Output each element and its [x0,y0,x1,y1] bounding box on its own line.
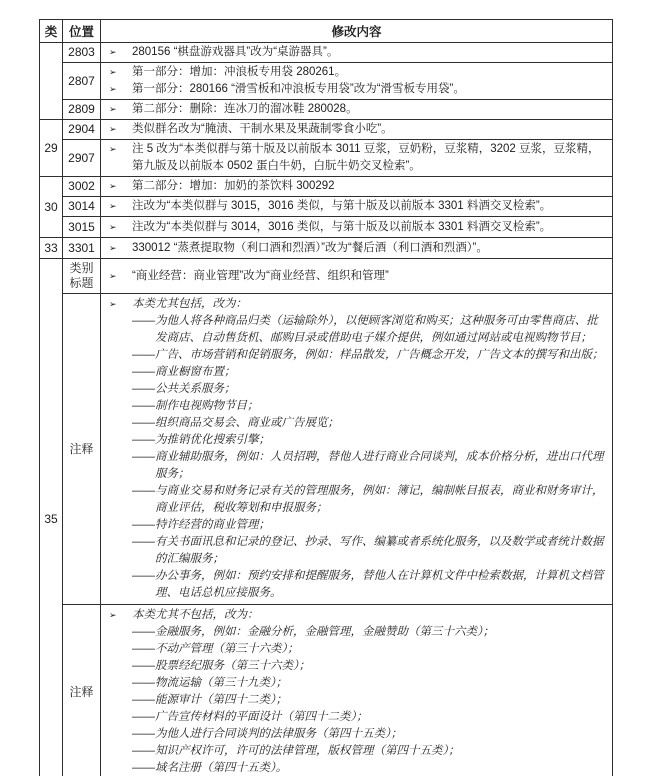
position-cell: 2907 [63,140,101,177]
table-row: 2807 ➢第一部分：增加：冲浪板专用袋 280261。➢第一部分：280166… [40,63,613,100]
position-cell: 注释 [63,294,101,605]
note-cell: ➢ 本类尤其包括，改为： ——为他人将各种商品归类（运输除外），以便顾客浏览和购… [101,294,613,605]
content-cell: ➢第二部分：删除：连冰刀的溜冰鞋 280028。 [101,100,613,120]
note-dash-line: ——商业橱窗布置； [132,364,608,381]
modification-item: ➢注改为“本类似群与 3014，3016 类似，与第十版及以前版本 3301 料… [106,219,608,236]
note-dash-line: ——不动产管理（第三十六类）； [132,641,608,658]
note-dash-line: ——能源审计（第四十二类）； [132,692,608,709]
note-dash-line: ——域名注册（第四十五类）。 [132,760,608,776]
note-dash-line: ——广告、市场营销和促销服务，例如：样品散发，广告概念开发，广告文本的撰写和出版… [132,347,608,364]
modification-text: 类似群名改为“腌渍、干制水果及果蔬制零食小吃”。 [132,121,608,138]
note-dash-line: ——制作电视购物节目； [132,398,608,415]
class-cell: 35 [40,259,63,776]
document-page: 类 位置 修改内容 2803 ➢280156 “棋盘游戏器具”改为“桌游器具”。… [0,0,650,776]
arrow-bullet-icon: ➢ [106,121,132,138]
arrow-bullet-icon: ➢ [106,178,132,195]
note-item: ➢ 本类尤其不包括，改为： ——金融服务，例如：金融分析，金融管理，金融赞助（第… [106,607,608,776]
table-row: 29 2904 ➢类似群名改为“腌渍、干制水果及果蔬制零食小吃”。 [40,120,613,140]
note-dash-line: ——知识产权许可，许可的法律管理，版权管理（第四十五类）； [132,743,608,760]
table-row: 3014 ➢注改为“本类似群与 3015，3016 类似，与第十版及以前版本 3… [40,197,613,217]
note-dash-list: ——为他人将各种商品归类（运输除外），以便顾客浏览和购买；这种服务可由零售商店、… [132,313,608,602]
note-dash-line: ——公共关系服务； [132,381,608,398]
modification-item: ➢注 5 改为“本类似群与第十版及以前版本 3011 豆浆，豆奶粉，豆浆精，32… [106,141,608,175]
modification-item: ➢280156 “棋盘游戏器具”改为“桌游器具”。 [106,44,608,61]
position-cell: 3015 [63,217,101,238]
modification-item: ➢“商业经营：商业管理”改为“商业经营、组织和管理” [106,268,608,285]
position-cell: 2803 [63,43,101,63]
note-dash-line: ——为他人将各种商品归类（运输除外），以便顾客浏览和购买；这种服务可由零售商店、… [132,313,608,347]
position-cell: 3301 [63,238,101,259]
modification-text: 330012 “蒸煮提取物（利口酒和烈酒）”改为“餐后酒（利口酒和烈酒）”。 [132,240,608,257]
position-cell: 3014 [63,197,101,217]
table-row: 2803 ➢280156 “棋盘游戏器具”改为“桌游器具”。 [40,43,613,63]
position-cell: 注释 [63,605,101,776]
modification-text: “商业经营：商业管理”改为“商业经营、组织和管理” [132,268,608,285]
column-header-content: 修改内容 [101,20,613,43]
note-dash-line: ——组织商品交易会、商业或广告展览； [132,415,608,432]
arrow-bullet-icon: ➢ [106,44,132,61]
modification-item: ➢第二部分：删除：连冰刀的溜冰鞋 280028。 [106,101,608,118]
modification-text: 280156 “棋盘游戏器具”改为“桌游器具”。 [132,44,608,61]
arrow-bullet-icon: ➢ [106,296,132,313]
arrow-bullet-icon: ➢ [106,141,132,158]
note-cell: ➢ 本类尤其不包括，改为： ——金融服务，例如：金融分析，金融管理，金融赞助（第… [101,605,613,776]
note-lead: 本类尤其包括，改为： [132,296,608,313]
modification-text: 注改为“本类似群与 3014，3016 类似，与第十版及以前版本 3301 料酒… [132,219,608,236]
column-header-class: 类 [40,20,63,43]
note-dash-line: ——金融服务，例如：金融分析，金融管理，金融赞助（第三十六类）； [132,624,608,641]
content-cell: ➢注 5 改为“本类似群与第十版及以前版本 3011 豆浆，豆奶粉，豆浆精，32… [101,140,613,177]
arrow-bullet-icon: ➢ [106,198,132,215]
content-cell: ➢第一部分：增加：冲浪板专用袋 280261。➢第一部分：280166 “滑雪板… [101,63,613,100]
header-row: 类 位置 修改内容 [40,20,613,43]
revision-table: 类 位置 修改内容 2803 ➢280156 “棋盘游戏器具”改为“桌游器具”。… [39,19,613,776]
arrow-bullet-icon: ➢ [106,268,132,285]
note-dash-line: ——为推销优化搜索引擎； [132,432,608,449]
note-body: 本类尤其包括，改为： ——为他人将各种商品归类（运输除外），以便顾客浏览和购买；… [132,296,608,602]
class-cell: 29 [40,120,63,177]
class-cell: 30 [40,177,63,238]
table-row: 3015 ➢注改为“本类似群与 3014，3016 类似，与第十版及以前版本 3… [40,217,613,238]
content-cell: ➢注改为“本类似群与 3015，3016 类似，与第十版及以前版本 3301 料… [101,197,613,217]
table-row: 注释 ➢ 本类尤其包括，改为： ——为他人将各种商品归类（运输除外），以便顾客浏… [40,294,613,605]
class-cell [40,43,63,120]
modification-text: 第一部分：280166 “滑雪板和冲浪板专用袋”改为“滑雪板专用袋”。 [132,81,608,98]
note-dash-line: ——股票经纪服务（第三十六类）； [132,658,608,675]
note-dash-line: ——办公事务，例如：预约安排和提醒服务，替他人在计算机文件中检索数据，计算机文档… [132,568,608,602]
position-cell: 2807 [63,63,101,100]
note-dash-line: ——与商业交易和财务记录有关的管理服务，例如：簿记，编制帐目报表，商业和财务审计… [132,483,608,517]
note-dash-line: ——广告宣传材料的平面设计（第四十二类）； [132,709,608,726]
note-item: ➢ 本类尤其包括，改为： ——为他人将各种商品归类（运输除外），以便顾客浏览和购… [106,296,608,602]
table-row: 33 3301 ➢330012 “蒸煮提取物（利口酒和烈酒）”改为“餐后酒（利口… [40,238,613,259]
modification-text: 第一部分：增加：冲浪板专用袋 280261。 [132,64,608,81]
note-dash-line: ——有关书面讯息和记录的登记、抄录、写作、编纂或者系统化服务，以及数学或者统计数… [132,534,608,568]
content-cell: ➢类似群名改为“腌渍、干制水果及果蔬制零食小吃”。 [101,120,613,140]
note-dash-line: ——特许经营的商业管理； [132,517,608,534]
note-lead: 本类尤其不包括，改为： [132,607,608,624]
modification-item: ➢第一部分：增加：冲浪板专用袋 280261。 [106,64,608,81]
content-cell: ➢330012 “蒸煮提取物（利口酒和烈酒）”改为“餐后酒（利口酒和烈酒）”。 [101,238,613,259]
content-cell: ➢注改为“本类似群与 3014，3016 类似，与第十版及以前版本 3301 料… [101,217,613,238]
position-cell: 2904 [63,120,101,140]
content-cell: ➢“商业经营：商业管理”改为“商业经营、组织和管理” [101,259,613,294]
table-row: 2907 ➢注 5 改为“本类似群与第十版及以前版本 3011 豆浆，豆奶粉，豆… [40,140,613,177]
arrow-bullet-icon: ➢ [106,81,132,98]
table-row: 30 3002 ➢第二部分：增加：加奶的茶饮料 300292 [40,177,613,197]
modification-item: ➢第二部分：增加：加奶的茶饮料 300292 [106,178,608,195]
arrow-bullet-icon: ➢ [106,101,132,118]
note-dash-line: ——为他人进行合同谈判的法律服务（第四十五类）； [132,726,608,743]
modification-text: 第二部分：增加：加奶的茶饮料 300292 [132,178,608,195]
modification-text: 注改为“本类似群与 3015，3016 类似，与第十版及以前版本 3301 料酒… [132,198,608,215]
arrow-bullet-icon: ➢ [106,64,132,81]
column-header-position: 位置 [63,20,101,43]
arrow-bullet-icon: ➢ [106,607,132,624]
modification-text: 注 5 改为“本类似群与第十版及以前版本 3011 豆浆，豆奶粉，豆浆精，320… [132,141,608,175]
modification-item: ➢第一部分：280166 “滑雪板和冲浪板专用袋”改为“滑雪板专用袋”。 [106,81,608,98]
note-body: 本类尤其不包括，改为： ——金融服务，例如：金融分析，金融管理，金融赞助（第三十… [132,607,608,776]
table-row: 注释 ➢ 本类尤其不包括，改为： ——金融服务，例如：金融分析，金融管理，金融赞… [40,605,613,776]
modification-text: 第二部分：删除：连冰刀的溜冰鞋 280028。 [132,101,608,118]
note-dash-line: ——商业辅助服务，例如：人员招聘，替他人进行商业合同谈判，成本价格分析，进出口代… [132,449,608,483]
class-cell: 33 [40,238,63,259]
modification-item: ➢注改为“本类似群与 3015，3016 类似，与第十版及以前版本 3301 料… [106,198,608,215]
position-cell: 2809 [63,100,101,120]
arrow-bullet-icon: ➢ [106,219,132,236]
note-dash-line: ——物流运输（第三十九类）； [132,675,608,692]
content-cell: ➢第二部分：增加：加奶的茶饮料 300292 [101,177,613,197]
arrow-bullet-icon: ➢ [106,240,132,257]
modification-item: ➢330012 “蒸煮提取物（利口酒和烈酒）”改为“餐后酒（利口酒和烈酒）”。 [106,240,608,257]
position-cell: 类别标题 [63,259,101,294]
content-cell: ➢280156 “棋盘游戏器具”改为“桌游器具”。 [101,43,613,63]
table-row: 35 类别标题 ➢“商业经营：商业管理”改为“商业经营、组织和管理” [40,259,613,294]
note-dash-list: ——金融服务，例如：金融分析，金融管理，金融赞助（第三十六类）；——不动产管理（… [132,624,608,776]
position-cell: 3002 [63,177,101,197]
table-row: 2809 ➢第二部分：删除：连冰刀的溜冰鞋 280028。 [40,100,613,120]
modification-item: ➢类似群名改为“腌渍、干制水果及果蔬制零食小吃”。 [106,121,608,138]
